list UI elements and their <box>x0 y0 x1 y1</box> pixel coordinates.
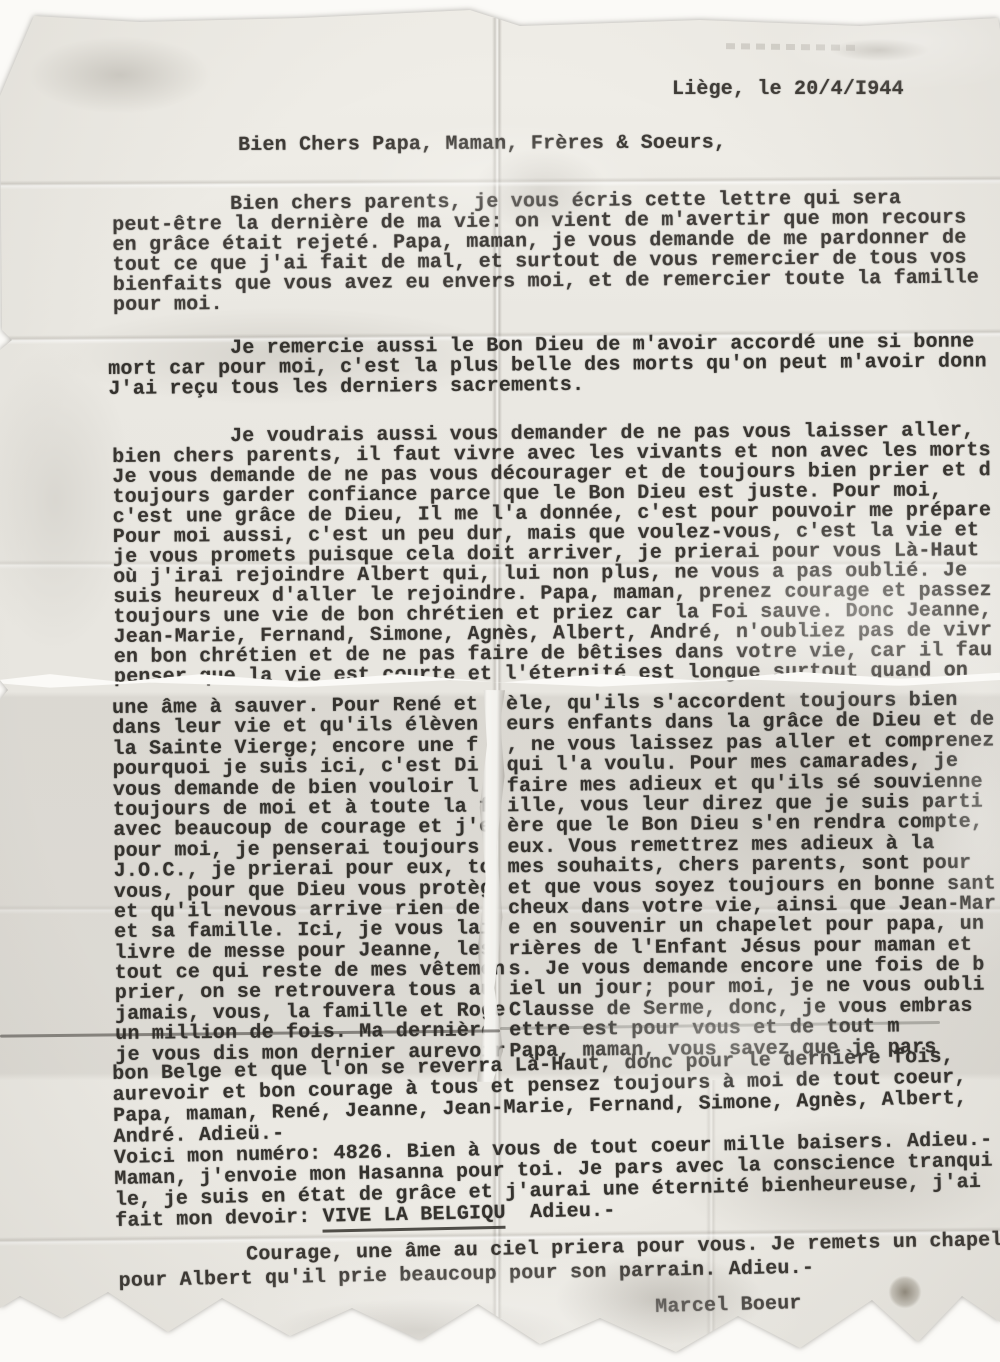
signature: Marcel Boeur <box>655 1290 955 1318</box>
signature-text: Marcel Boeur <box>655 1290 955 1318</box>
paper-shadow: Liège, le 20/4/I944 Bien Chers Papa, Mam… <box>0 0 1000 1362</box>
devoir-prefix: fait mon devoir: <box>115 1206 323 1233</box>
dateline: Liège, le 20/4/I944 <box>672 80 952 100</box>
letter-line: J'ai reçu tous les derniers sacrements. <box>108 372 1000 400</box>
scanned-letter-photo: Liège, le 20/4/I944 Bien Chers Papa, Mam… <box>0 0 1000 1362</box>
faint-stamp-mark <box>726 43 858 51</box>
paragraph-2: Je remercie aussi le Bon Dieu de m'avoir… <box>108 332 1000 400</box>
closing-block: bon Belge et que l'on se reverra Là-Haut… <box>112 1045 1000 1232</box>
dateline-text: Liège, le 20/4/I944 <box>672 80 952 100</box>
paragraph-3: Je voudrais aussi vous demander de ne pa… <box>112 421 1000 688</box>
paragraph-1: Bien chers parents, je vous écris cette … <box>112 188 1000 316</box>
salutation: Bien Chers Papa, Maman, Frères & Soeurs, <box>238 131 1000 156</box>
torn-middle-section: une âme à sauver. Pour René etèle, qu'il… <box>112 688 1000 1064</box>
vive-la-belgique-motto: VIVE LA BELGIQU <box>322 1202 506 1233</box>
salutation-text: Bien Chers Papa, Maman, Frères & Soeurs, <box>238 131 1000 156</box>
devoir-suffix: Adieu.- <box>505 1199 615 1224</box>
letter-paper: Liège, le 20/4/I944 Bien Chers Papa, Mam… <box>0 0 1000 1362</box>
